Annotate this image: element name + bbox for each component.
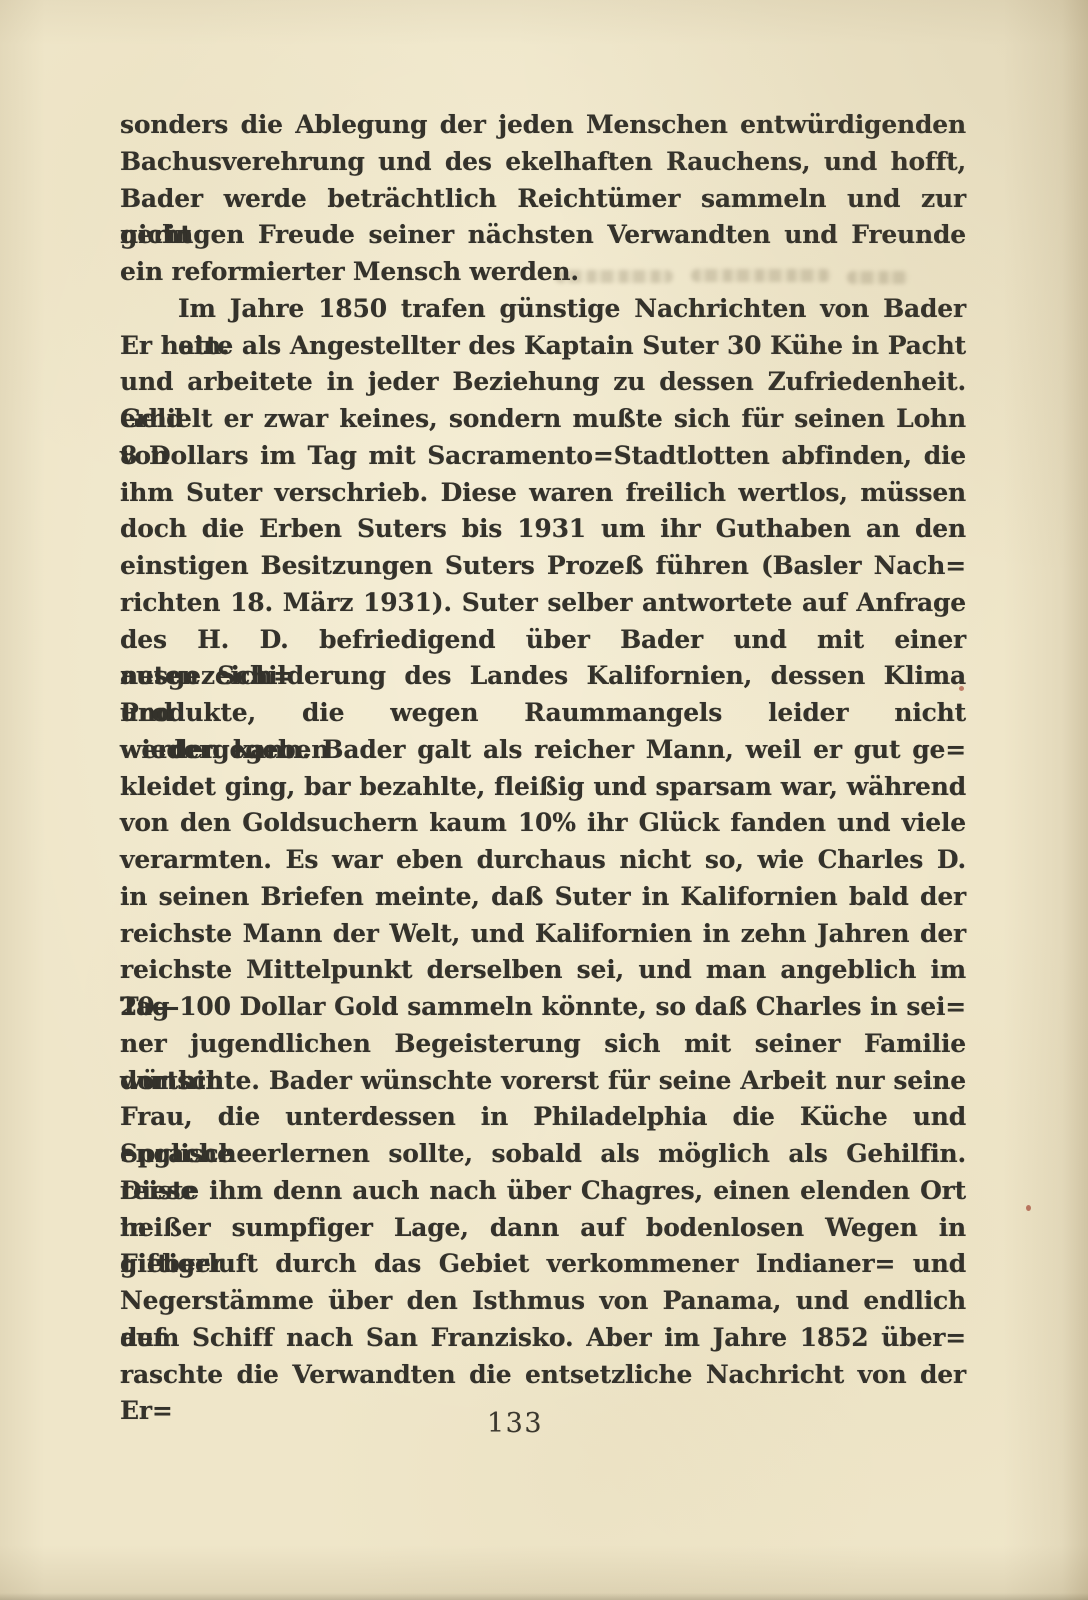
text-line: ner jugendlichen Begeisterung sich mit s… <box>120 1026 966 1063</box>
text-line: und arbeitete in jeder Beziehung zu dess… <box>120 364 966 401</box>
text-line: des H. D. befriedigend über Bader und mi… <box>120 622 966 659</box>
text-line: Negerstämme über den Isthmus von Panama,… <box>120 1283 966 1320</box>
text-line: richten 18. März 1931). Suter selber ant… <box>120 585 966 622</box>
text-line: 8 Dollars im Tag mit Sacramento=Stadtlot… <box>120 438 966 475</box>
text-line: Bader werde beträchtlich Reichtümer samm… <box>120 181 966 218</box>
text-line: Im Jahre 1850 trafen günstige Nachrichte… <box>120 291 966 328</box>
text-line: Frau, die unterdessen in Philadelphia di… <box>120 1099 966 1136</box>
text-line: erhielt er zwar keines, sondern mußte si… <box>120 401 966 438</box>
text-line: Bachusverehrung und des ekelhaften Rauch… <box>120 144 966 181</box>
text-line: neten Schilderung des Landes Kalifornien… <box>120 658 966 695</box>
text-line: ihm Suter verschrieb. Diese waren freili… <box>120 475 966 512</box>
text-line: doch die Erben Suters bis 1931 um ihr Gu… <box>120 511 966 548</box>
text-line: in seinen Briefen meinte, daß Suter in K… <box>120 879 966 916</box>
page-bottom-shadow <box>0 1593 1088 1600</box>
text-line: Er hatte als Angestellter des Kaptain Su… <box>120 328 966 365</box>
text-line: raschte die Verwandten die entsetzliche … <box>120 1357 966 1394</box>
text-line: reichste Mann der Welt, und Kalifornien … <box>120 916 966 953</box>
text-line: Fieberluft durch das Gebiet verkommener … <box>120 1246 966 1283</box>
text-line: wünschte. Bader wünschte vorerst für sei… <box>120 1063 966 1100</box>
text-line: Sprache erlernen sollte, sobald als mögl… <box>120 1136 966 1173</box>
text-line: kleidet ging, bar bezahlte, fleißig und … <box>120 769 966 806</box>
text-line: geringen Freude seiner nächsten Verwandt… <box>120 217 966 254</box>
text-column: sonders die Ablegung der jeden Menschen … <box>120 107 966 1393</box>
text-line: werden kann. Bader galt als reicher Mann… <box>120 732 966 769</box>
book-page-scan: sonders die Ablegung der jeden Menschen … <box>0 0 1088 1600</box>
text-line: heißer sumpfiger Lage, dann auf bodenlos… <box>120 1210 966 1247</box>
text-line: verarmten. Es war eben durchaus nicht so… <box>120 842 966 879</box>
text-line: reichste Mittelpunkt derselben sei, und … <box>120 952 966 989</box>
text-line: Produkte, die wegen Raummangels leider n… <box>120 695 966 732</box>
text-line: 20—100 Dollar Gold sammeln könnte, so da… <box>120 989 966 1026</box>
page-footer: 133 <box>120 1408 910 1439</box>
text-lines: sonders die Ablegung der jeden Menschen … <box>120 107 966 1393</box>
text-line: reiste ihm denn auch nach über Chagres, … <box>120 1173 966 1210</box>
text-line: dem Schiff nach San Franzisko. Aber im J… <box>120 1320 966 1357</box>
text-line: ein reformierter Mensch werden. <box>120 254 966 291</box>
text-line: einstigen Besitzungen Suters Prozeß führ… <box>120 548 966 585</box>
text-line: von den Goldsuchern kaum 10% ihr Glück f… <box>120 805 966 842</box>
red-speck-lower <box>1026 1205 1031 1211</box>
page-number: 133 <box>487 1408 543 1439</box>
text-line: sonders die Ablegung der jeden Menschen … <box>120 107 966 144</box>
